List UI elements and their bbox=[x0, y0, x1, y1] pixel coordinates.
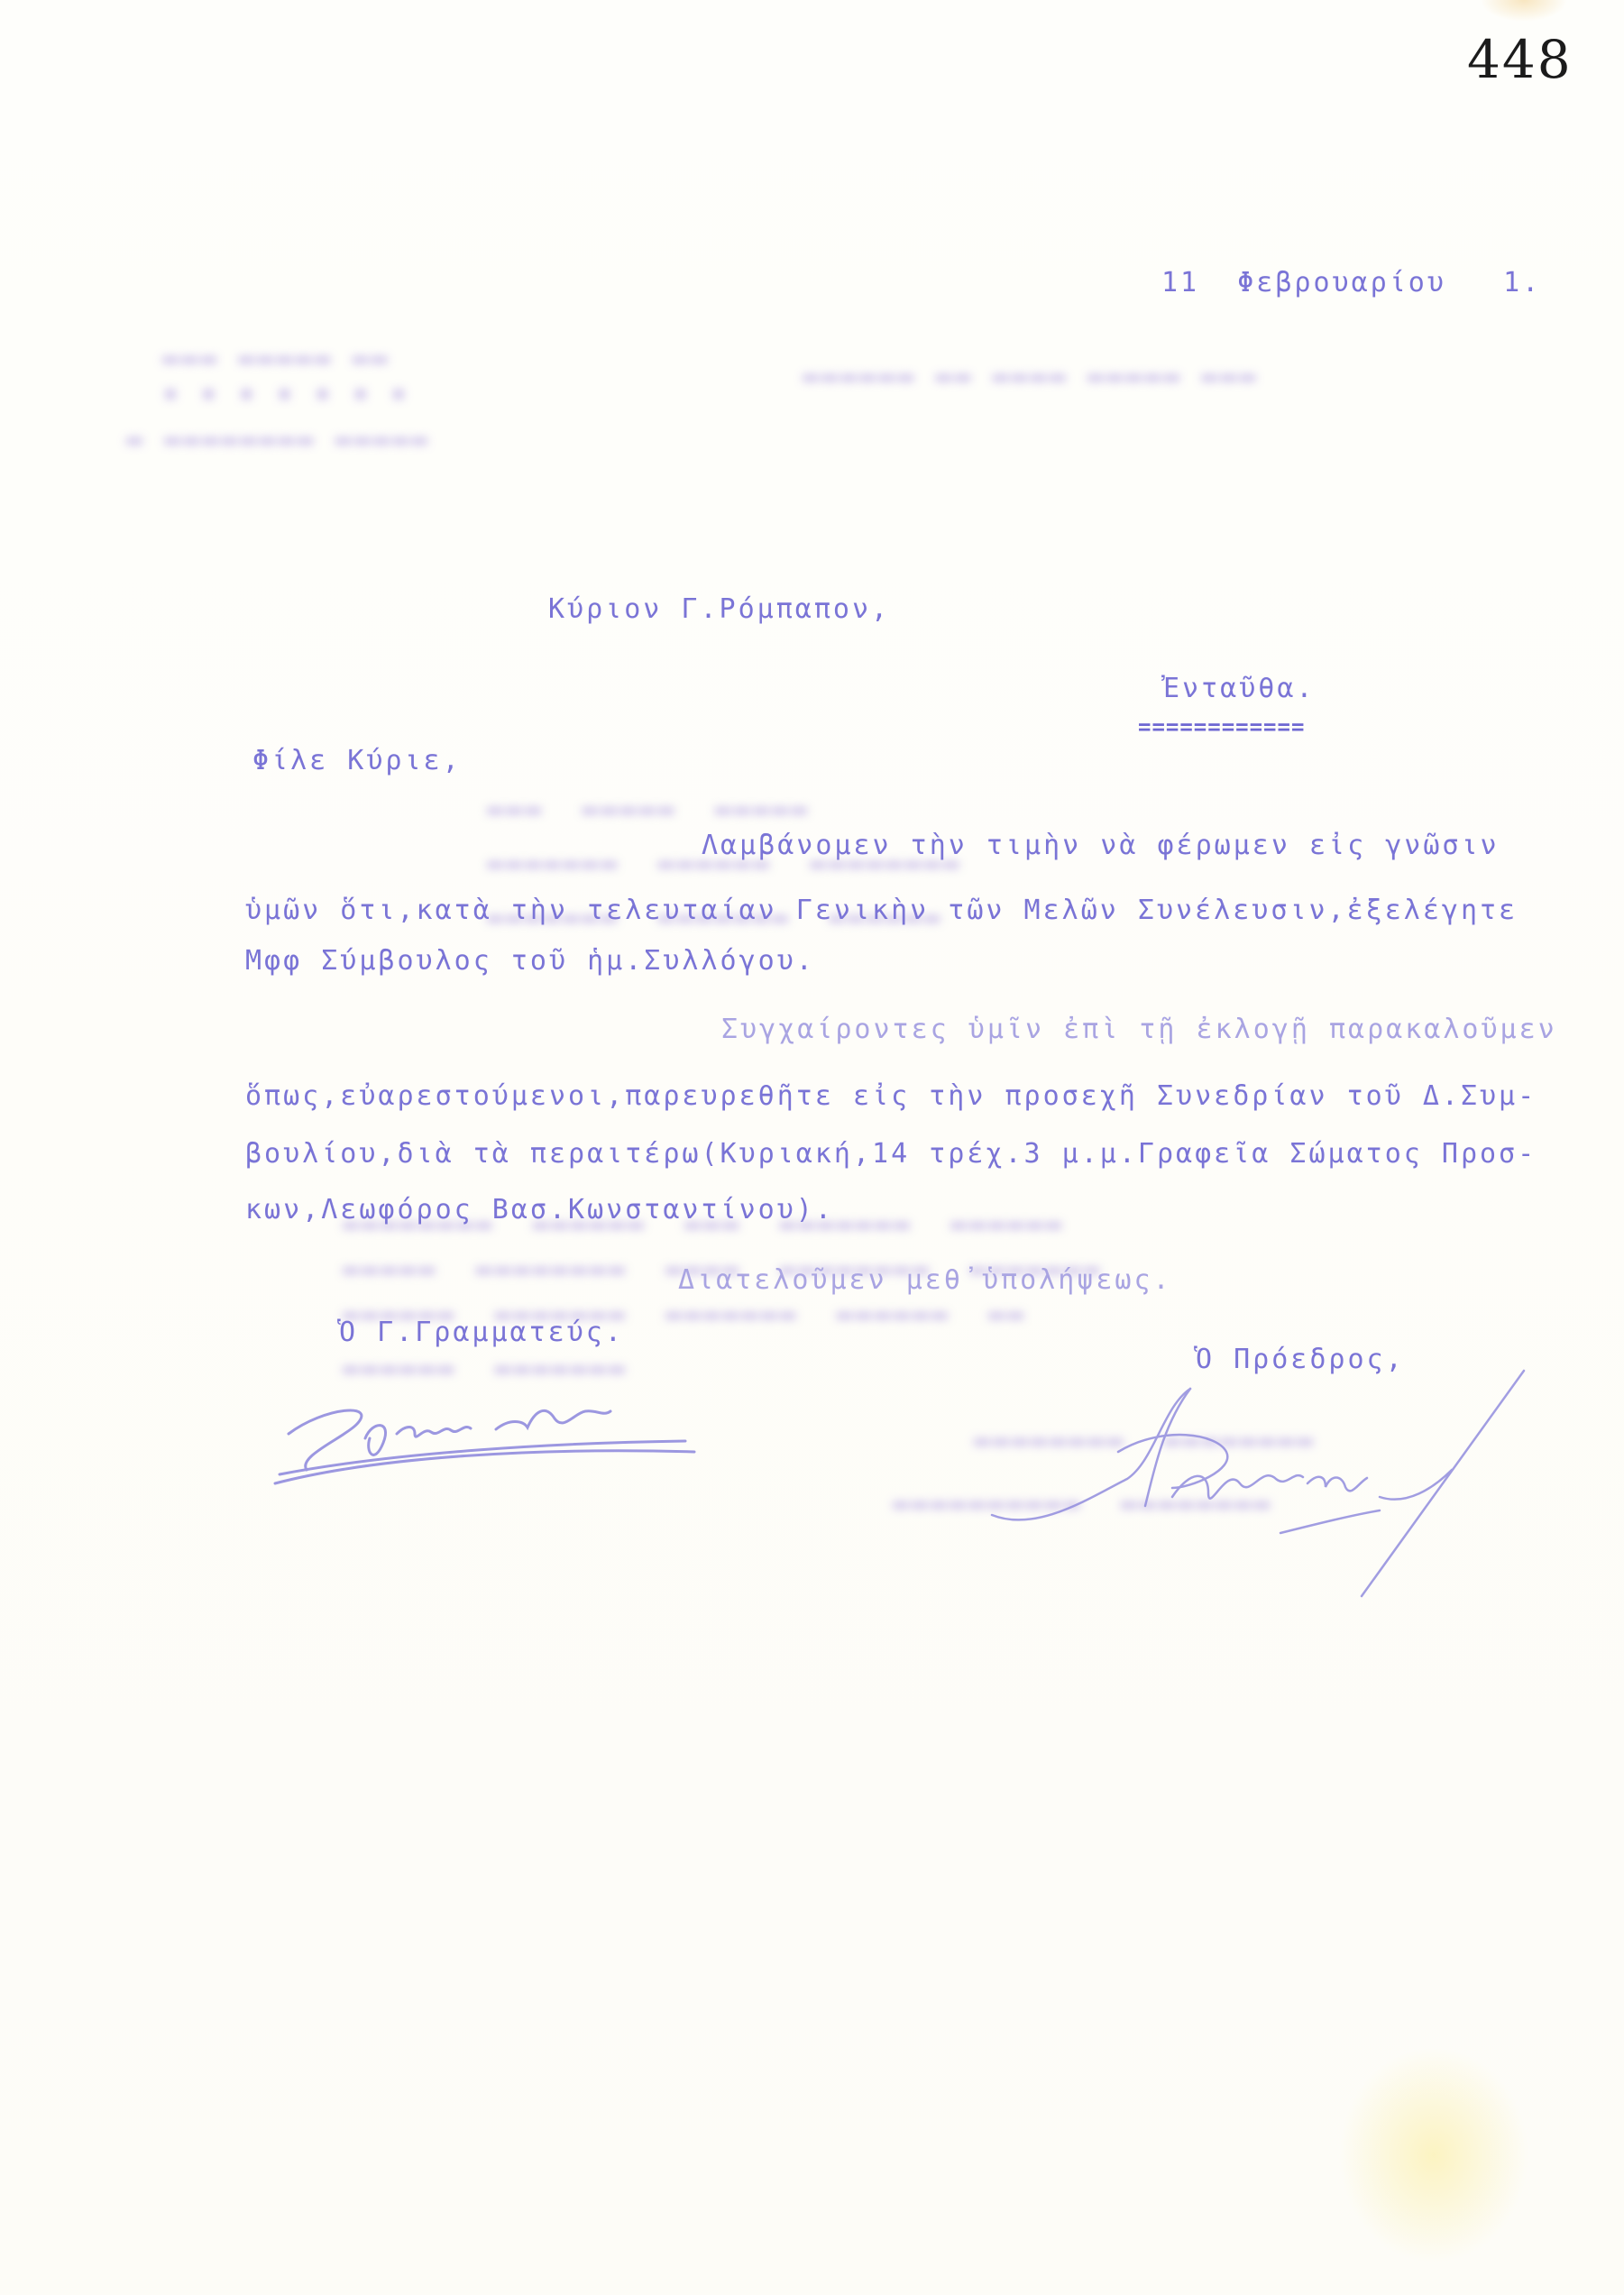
ghost-text-header: ▬ ▬▬▬▬▬▬▬▬ ▬▬▬▬▬ bbox=[126, 424, 430, 455]
page-number: 448 bbox=[1467, 29, 1573, 90]
body-line: Λαμβάνομεν τὴν τιμὴν νὰ φέρωμεν εἰς γνῶσ… bbox=[702, 830, 1500, 861]
location: Ἐνταῦθα. bbox=[1163, 673, 1316, 704]
secretary-title: Ὁ Γ.Γραμματεύς. bbox=[339, 1317, 624, 1348]
body-line: βουλίου,διὰ τὰ περαιτέρω(Κυριακή,14 τρέχ… bbox=[245, 1138, 1537, 1170]
ghost-text-header: ▪ ▪ ▪ ▪ ▪ ▪ ▪ bbox=[162, 377, 409, 409]
body-line: κων,Λεωφόρος Βασ.Κωνσταντίνου). bbox=[245, 1194, 834, 1226]
ghost-text: ▬▬▬ ▬▬▬▬▬ ▬▬▬▬▬ bbox=[487, 794, 810, 825]
location-underline: ============ bbox=[1138, 714, 1305, 739]
president-signature bbox=[983, 1353, 1542, 1623]
ghost-text-date: ▬▬▬▬▬▬ ▬▬ ▬▬▬▬ ▬▬▬▬▬ ▬▬▬ bbox=[803, 361, 1258, 392]
salutation: Φίλε Κύριε, bbox=[252, 745, 462, 776]
secretary-signature bbox=[271, 1371, 703, 1488]
body-line: ὅπως,εὐαρεστούμενοι,παρευρεθῆτε εἰς τὴν … bbox=[245, 1080, 1537, 1112]
addressee: Κύριον Γ.Ρόμπαπον, bbox=[548, 593, 890, 625]
body-line: Συγχαίροντες ὑμῖν ἐπὶ τῇ ἐκλογῇ παρακαλο… bbox=[721, 1014, 1557, 1045]
ghost-text-header: ▬▬▬ ▬▬▬▬▬ ▬▬ bbox=[162, 343, 390, 374]
date-line: 11 Φεβρουαρίου 1. bbox=[1161, 267, 1541, 298]
closing-line: Διατελοῦμεν μεθ᾽ὑπολήψεως. bbox=[678, 1264, 1172, 1296]
body-line: ὑμῶν ὅτι,κατὰ τὴν τελευταίαν Γενικὴν τῶν… bbox=[245, 895, 1518, 926]
body-line: Μφφ Σύμβουλος τοῦ ἡμ.Συλλόγου. bbox=[245, 945, 815, 977]
